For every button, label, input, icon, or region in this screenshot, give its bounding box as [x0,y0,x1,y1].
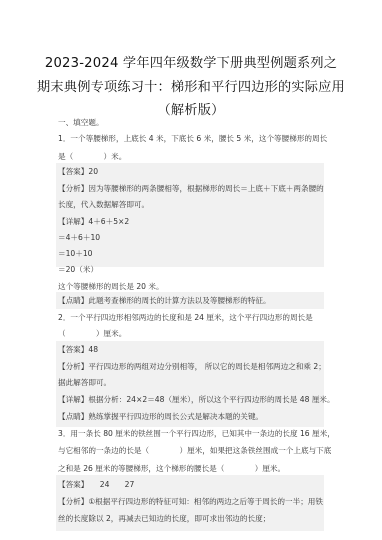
q3-stem-line1: 3．用一条长 80 厘米的铁丝围一个平行四边形，已知其中一条边的长度 16 厘米… [58,429,335,439]
q1-comment: 【点睛】此题考查梯形的周长的计算方法以及等腰梯形的特征。 [58,296,271,306]
q2-stem-line2: （ ）厘米。 [58,329,126,339]
q2-analysis-line2: 据此解答即可。 [58,378,111,388]
q3-answer: 【答案】 24 27 [58,480,134,490]
q1-solution-box [56,163,324,267]
q2-answer: 【答案】48 [58,345,98,355]
q1-stem-line1: 1．一个等腰梯形，上底长 4 米，下底长 6 米，腰长 5 米，这个等腰梯形的周… [58,134,327,144]
doc-title-line3: （解析版） [0,99,382,118]
q1-analysis-line2: 长度，代入数据解答即可。 [58,200,149,210]
q3-analysis-line1: 【分析】①根据平行四边形的特征可知：相邻的两边之后等于周长的一半；用铁 [58,497,323,507]
section-heading: 一、填空题。 [58,118,104,128]
q1-detail-line5: 这个等腰梯形的周长是 20 米。 [58,282,164,292]
document-page: 2023-2024 学年四年级数学下册典型例题系列之 期末典例专项练习十：梯形和… [0,0,382,540]
q1-detail-line1: 【详解】4＋6＋5×2 [58,217,129,227]
doc-title-line2: 期末典例专项练习十：梯形和平行四边形的实际应用 [0,76,382,95]
q2-stem-line1: 2．一个平行四边形相邻两边的长度和是 24 厘米，这个平行四边形的周长是 [58,313,313,323]
q1-answer: 【答案】20 [58,167,98,177]
q1-detail-line4: ＝20（米） [58,265,98,275]
q3-stem-line2: 与它相邻的一条边的长是（ ）厘米，如果把这条铁丝围成一个上底与下底 [58,446,331,456]
q1-detail-line3: ＝10＋10 [58,249,93,259]
q2-detail: 【详解】根据分析：24×2＝48（厘米），所以这个平行四边形的周长是 48 厘米… [58,395,335,405]
q2-comment: 【点睛】熟练掌握平行四边形的周长公式是解决本题的关键。 [58,412,263,422]
q1-stem-line2: 是（ ）米。 [58,152,126,162]
q1-detail-line2: ＝4＋6＋10 [58,233,100,243]
q3-analysis-line2: 丝的长度除以 2，再减去已知边的长度，即可求出邻边的长度； [58,514,270,524]
doc-title-line1: 2023-2024 学年四年级数学下册典型例题系列之 [0,52,382,71]
q2-analysis-line1: 【分析】平行四边形的两组对边分别相等， 所以它的周长是相邻两边之和乘 2； [58,362,326,372]
q3-stem-line3: 之和是 26 厘米的等腰梯形，这个梯形的腰长是（ ）厘米。 [58,464,285,474]
q1-analysis-line1: 【分析】因为等腰梯形的两条腰相等，根据梯形的周长＝上底＋下底＋两条腰的 [58,184,324,194]
